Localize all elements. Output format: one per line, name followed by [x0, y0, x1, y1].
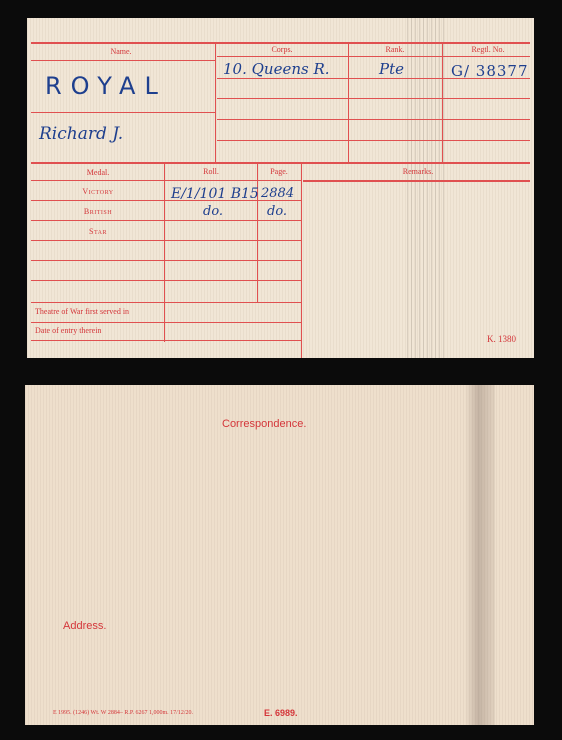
- medal-index-card-front: Name. Corps. Rank. Regtl. No. ROYAL Rich…: [27, 18, 534, 358]
- rule: [217, 119, 530, 120]
- surname: ROYAL: [45, 72, 167, 100]
- rule: [301, 162, 302, 358]
- rule: [303, 180, 530, 182]
- rule: [31, 280, 301, 281]
- correspondence-label: Correspondence.: [222, 418, 306, 430]
- printer-line: E 1995. (1246) Wt. W 2884– R.P. 6267 1,0…: [53, 710, 193, 716]
- medal-index-card-back: Correspondence. Address. E 1995. (1246) …: [25, 385, 534, 725]
- regtl-no-header: Regtl. No.: [443, 45, 533, 54]
- corps-entry: 10. Queens R.: [223, 60, 330, 78]
- roll-victory: E/1/101 B15: [171, 186, 259, 202]
- corps-header: Corps.: [217, 45, 347, 54]
- rank-entry: Pte: [379, 60, 404, 78]
- rule: [348, 44, 349, 162]
- medal-british: British: [31, 207, 165, 216]
- rule: [31, 260, 301, 261]
- form-number: E. 6989.: [264, 708, 298, 718]
- medal-victory: Victory: [31, 187, 165, 196]
- rule: [31, 180, 301, 181]
- name-header: Name.: [31, 47, 211, 56]
- roll-british: do.: [203, 204, 223, 219]
- rule: [31, 162, 530, 164]
- date-of-entry-label: Date of entry therein: [35, 326, 101, 335]
- rule: [31, 302, 301, 303]
- medal-star: Star: [31, 227, 165, 236]
- roll-header: Roll.: [165, 167, 257, 176]
- form-code: K. 1380: [487, 334, 516, 344]
- regtl-no-entry: G/ 38377: [451, 62, 529, 80]
- rule: [217, 140, 530, 141]
- theatre-of-war-label: Theatre of War first served in: [35, 307, 129, 316]
- fold-crease: [407, 18, 447, 358]
- rule: [31, 42, 530, 44]
- remarks-header: Remarks.: [303, 167, 533, 176]
- page-victory: 2884: [261, 186, 294, 201]
- forenames: Richard J.: [39, 124, 123, 144]
- rule: [257, 162, 258, 302]
- rank-header: Rank.: [349, 45, 441, 54]
- rule: [31, 220, 301, 221]
- page-british: do.: [267, 204, 287, 219]
- rule: [31, 340, 301, 341]
- rule: [31, 322, 301, 323]
- rule: [31, 60, 215, 61]
- fold-shadow: [465, 385, 495, 725]
- rule: [217, 98, 530, 99]
- medal-header: Medal.: [31, 168, 165, 177]
- rule: [31, 112, 215, 113]
- rule: [215, 44, 216, 162]
- page-header: Page.: [257, 167, 301, 176]
- rule: [442, 44, 443, 162]
- rule: [217, 56, 530, 57]
- rule: [31, 240, 301, 241]
- address-label: Address.: [63, 620, 106, 632]
